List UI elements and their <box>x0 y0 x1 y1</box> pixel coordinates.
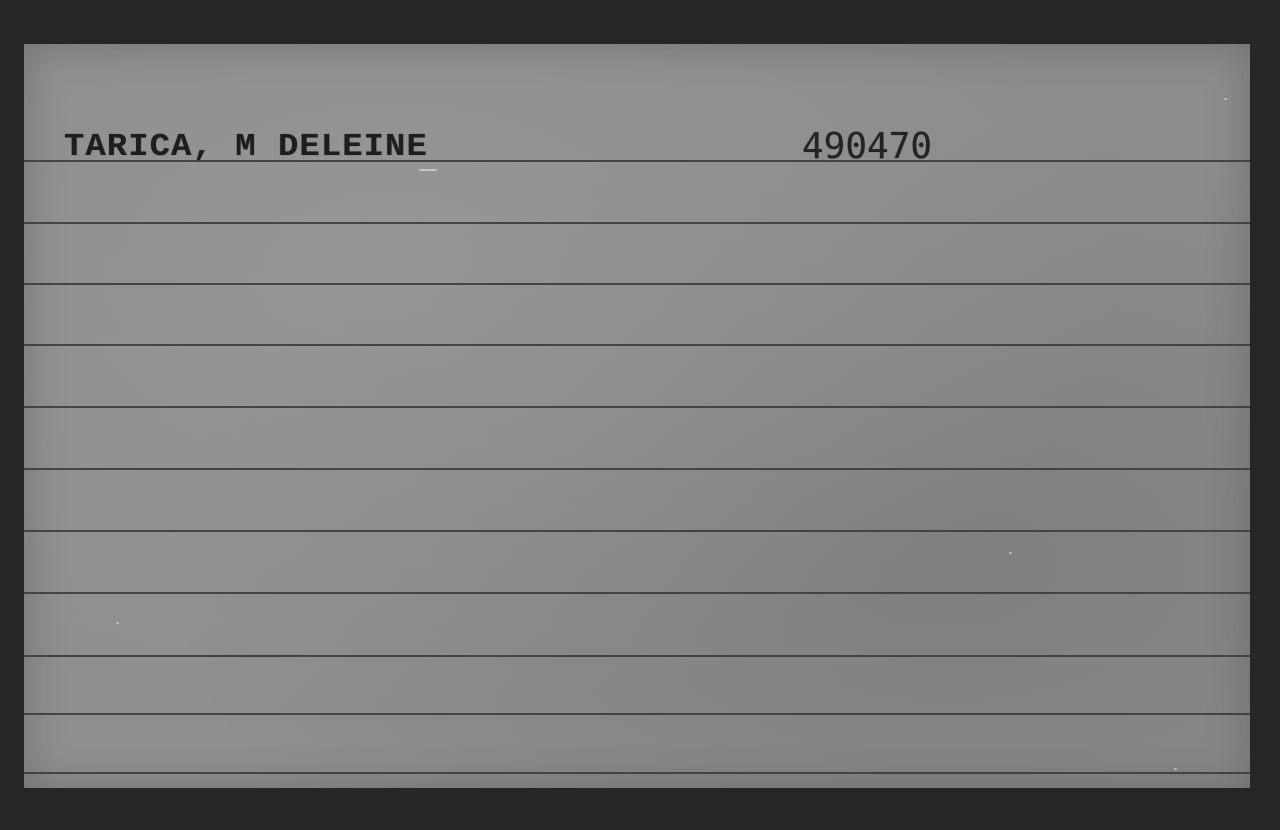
dust-speck <box>419 169 437 171</box>
card-rule <box>24 592 1250 594</box>
card-rule <box>24 713 1250 715</box>
card-rule <box>24 530 1250 532</box>
dust-speck <box>116 622 119 624</box>
dust-speck <box>1224 98 1227 100</box>
dust-speck <box>1174 768 1177 770</box>
index-card: TARICA, M DELEINE 490470 <box>24 44 1250 788</box>
card-rule <box>24 772 1250 774</box>
card-rule <box>24 222 1250 224</box>
card-rule <box>24 406 1250 408</box>
card-rule-header <box>24 160 1250 162</box>
card-rule <box>24 283 1250 285</box>
card-rule <box>24 344 1250 346</box>
card-rule <box>24 655 1250 657</box>
dust-speck <box>1009 552 1012 554</box>
card-rule <box>24 468 1250 470</box>
